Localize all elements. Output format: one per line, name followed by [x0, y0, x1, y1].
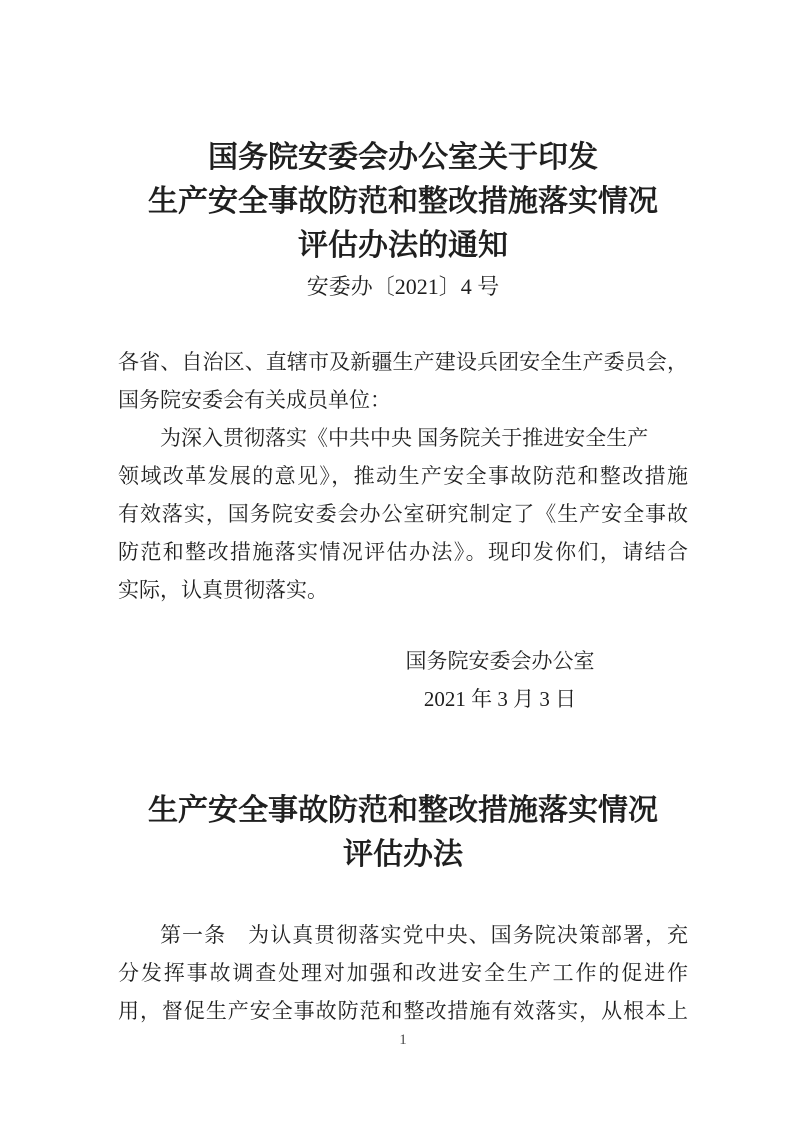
signature: 国务院安委会办公室 — [312, 642, 688, 680]
article-line: 用，督促生产安全事故防范和整改措施有效落实，从根本上 — [118, 992, 688, 1030]
article-line: 第一条 为认真贯彻落实党中央、国务院决策部署，充 — [118, 916, 688, 954]
article-1: 第一条 为认真贯彻落实党中央、国务院决策部署，充 分发挥事故调查处理对加强和改进… — [118, 916, 688, 1030]
notice-title: 国务院安委会办公室关于印发 生产安全事故防范和整改措施落实情况 评估办法的通知 — [118, 136, 688, 268]
notice-title-line-2: 生产安全事故防范和整改措施落实情况 — [118, 180, 688, 224]
salutation-line: 国务院安委会有关成员单位： — [118, 381, 688, 419]
body-line: 领域改革发展的意见》，推动生产安全事故防范和整改措施 — [118, 457, 688, 495]
measures-title-line-2: 评估办法 — [118, 833, 688, 877]
doc-number: 安委办〔2021〕4 号 — [118, 268, 688, 306]
article-line: 分发挥事故调查处理对加强和改进安全生产工作的促进作 — [118, 954, 688, 992]
notice-title-line-3: 评估办法的通知 — [118, 224, 688, 268]
signature-date: 2021 年 3 月 3 日 — [312, 680, 688, 718]
notice-title-line-1: 国务院安委会办公室关于印发 — [118, 136, 688, 180]
measures-title: 生产安全事故防范和整改措施落实情况 评估办法 — [118, 789, 688, 877]
salutation-line: 各省、自治区、直辖市及新疆生产建设兵团安全生产委员会， — [118, 343, 688, 381]
measures-title-line-1: 生产安全事故防范和整改措施落实情况 — [118, 789, 688, 833]
body-line: 有效落实，国务院安委会办公室研究制定了《生产安全事故 — [118, 495, 688, 533]
notice-body: 各省、自治区、直辖市及新疆生产建设兵团安全生产委员会， 国务院安委会有关成员单位… — [118, 343, 688, 609]
document-page: 国务院安委会办公室关于印发 生产安全事故防范和整改措施落实情况 评估办法的通知 … — [118, 0, 688, 1050]
page-number: 1 — [118, 1030, 688, 1050]
body-line: 防范和整改措施落实情况评估办法》。现印发你们，请结合 — [118, 533, 688, 571]
body-line: 为深入贯彻落实《中共中央 国务院关于推进安全生产 — [118, 419, 688, 457]
signature-block: 国务院安委会办公室 2021 年 3 月 3 日 — [118, 642, 688, 718]
body-line: 实际，认真贯彻落实。 — [118, 571, 688, 609]
